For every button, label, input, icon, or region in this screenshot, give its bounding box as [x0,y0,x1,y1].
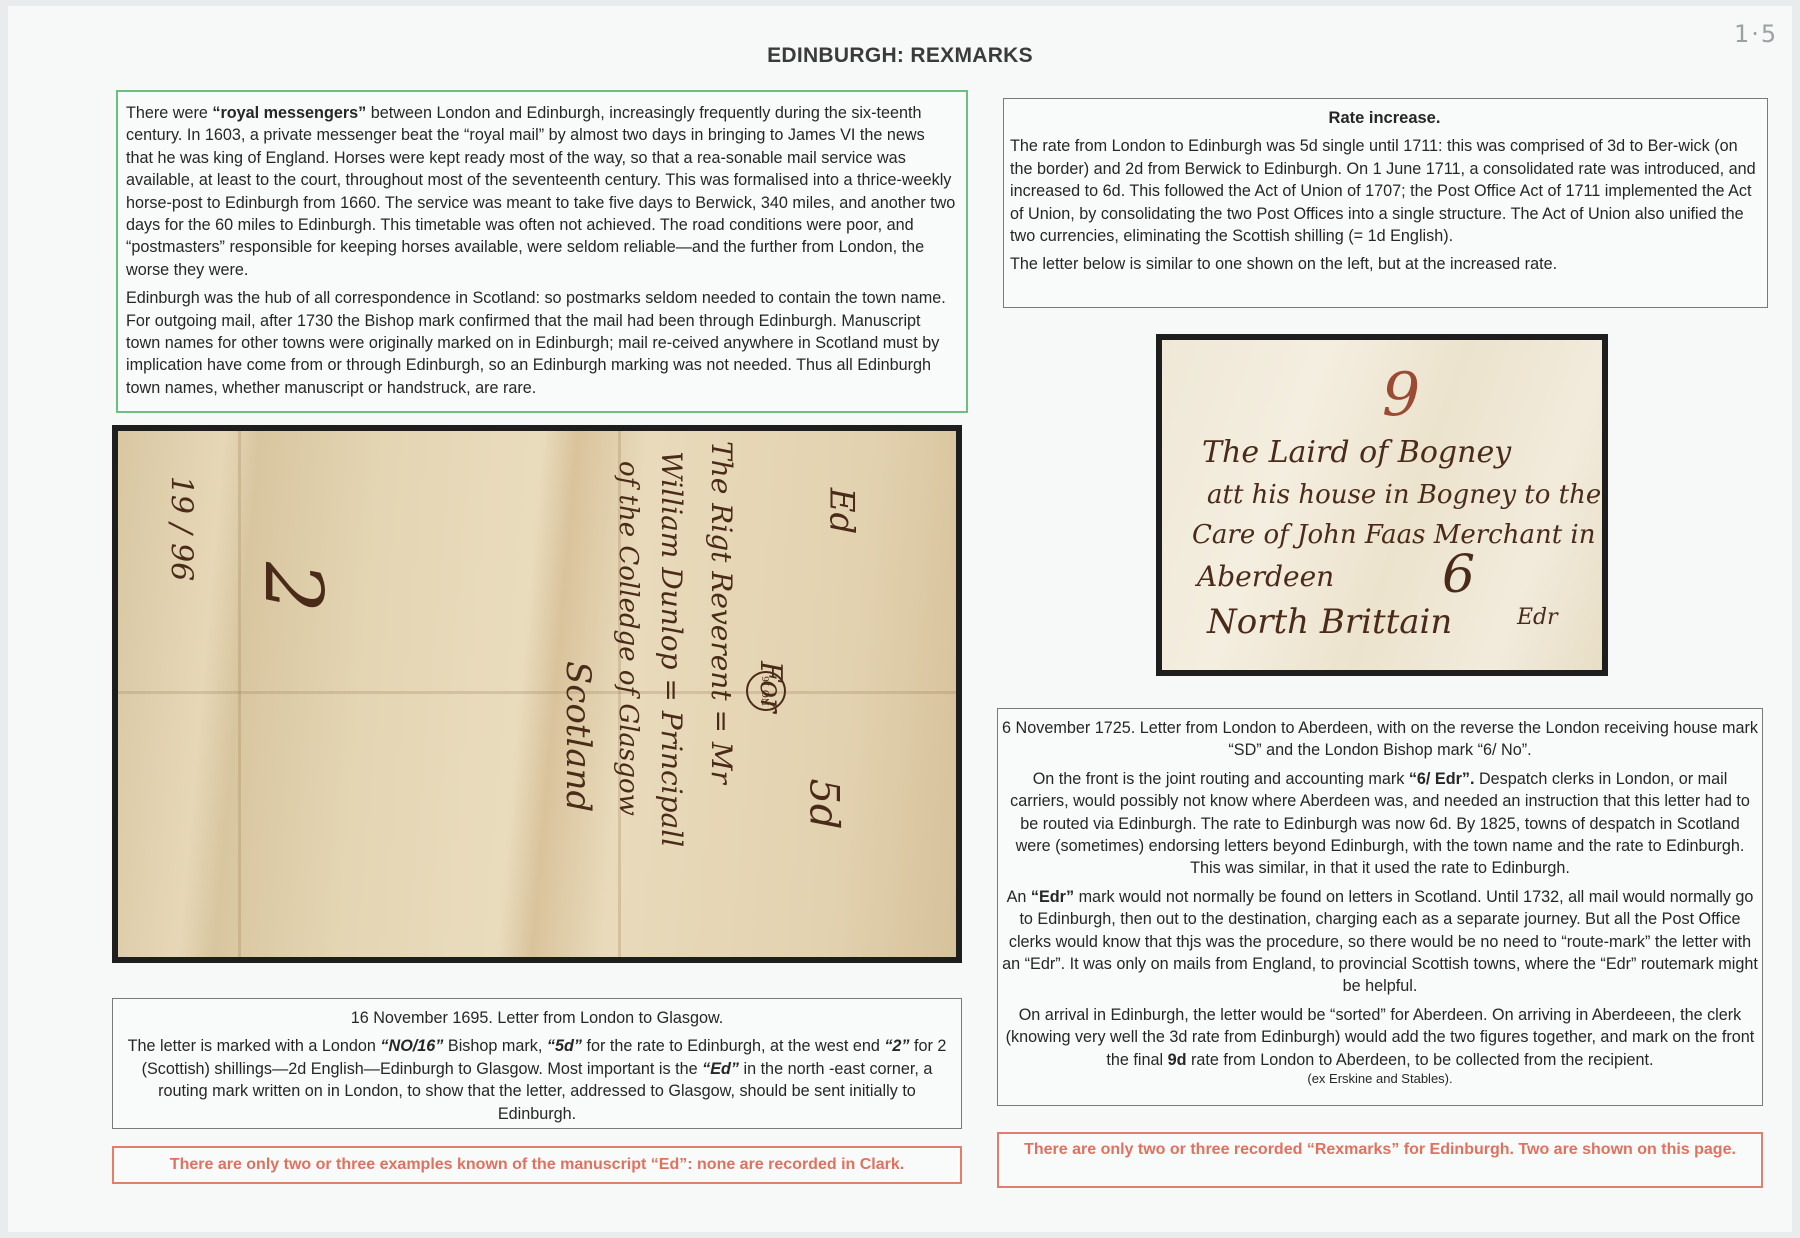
address-line-5: North Brittain [1207,602,1452,642]
album-page: 1·5 EDINBURGH: REXMARKS There were “roya… [8,6,1792,1232]
rate-increase-heading: Rate increase. [1010,107,1759,129]
aberdeen-caption-paragraph-3: An “Edr” mark would not normally be foun… [1002,886,1758,998]
aberdeen-caption-paragraph-4: On arrival in Edinburgh, the letter woul… [1002,1004,1758,1071]
glasgow-rarity-note: There are only two or three examples kno… [112,1146,962,1184]
rate-mark-5d: 5d [801,778,847,829]
aberdeen-caption-box: 6 November 1725. Letter from London to A… [997,708,1763,1106]
glasgow-caption-body: The letter is marked with a London “NO/1… [119,1035,955,1125]
rate-mark-9d: 9 [1382,360,1420,430]
scottish-rate-mark: 2 [247,562,340,613]
address-line-1: The Laird of Bogney [1202,435,1511,470]
rate-increase-box: Rate increase. The rate from London to E… [1003,98,1768,308]
intro-paragraph-1: There were “royal messengers” between Lo… [126,102,956,281]
intro-box: There were “royal messengers” between Lo… [116,90,968,413]
address-line-4: Aberdeen [1197,560,1334,593]
address-line-3: Care of John Faas Merchant in [1192,520,1596,550]
aberdeen-caption-paragraph-1: 6 November 1725. Letter from London to A… [1002,717,1758,762]
docket-text: 19 / 96 [163,476,198,582]
letter-paper: 19 / 96 Ed 5d 2 NO 16 For The Rigt Rever… [118,431,956,957]
page-title: EDINBURGH: REXMARKS [8,44,1792,68]
aberdeen-letter-image: 9 The Laird of Bogney att his house in B… [1156,334,1608,676]
letter-paper: 9 The Laird of Bogney att his house in B… [1162,340,1602,670]
aberdeen-caption-credit: (ex Erskine and Stables). [1002,1071,1758,1087]
rate-increase-paragraph-2: The letter below is similar to one shown… [1010,253,1759,275]
rate-increase-paragraph-1: The rate from London to Edinburgh was 5d… [1010,135,1759,247]
address-block: For The Rigt Reverent = Mr William Dunlo… [488,441,748,941]
glasgow-caption-date: 16 November 1695. Letter from London to … [119,1007,955,1029]
rexmarks-rarity-note: There are only two or three recorded “Re… [997,1132,1763,1188]
routing-mark-ed: Ed [821,488,861,535]
aberdeen-caption-paragraph-2: On the front is the joint routing and ac… [1002,768,1758,880]
rate-mark-6: 6 [1442,545,1475,605]
address-line-2: att his house in Bogney to the [1207,480,1601,510]
glasgow-caption-box: 16 November 1695. Letter from London to … [112,998,962,1129]
routing-mark-edr: Edr [1517,605,1558,630]
intro-paragraph-2: Edinburgh was the hub of all corresponde… [126,287,956,399]
glasgow-letter-image: 19 / 96 Ed 5d 2 NO 16 For The Rigt Rever… [112,425,962,963]
